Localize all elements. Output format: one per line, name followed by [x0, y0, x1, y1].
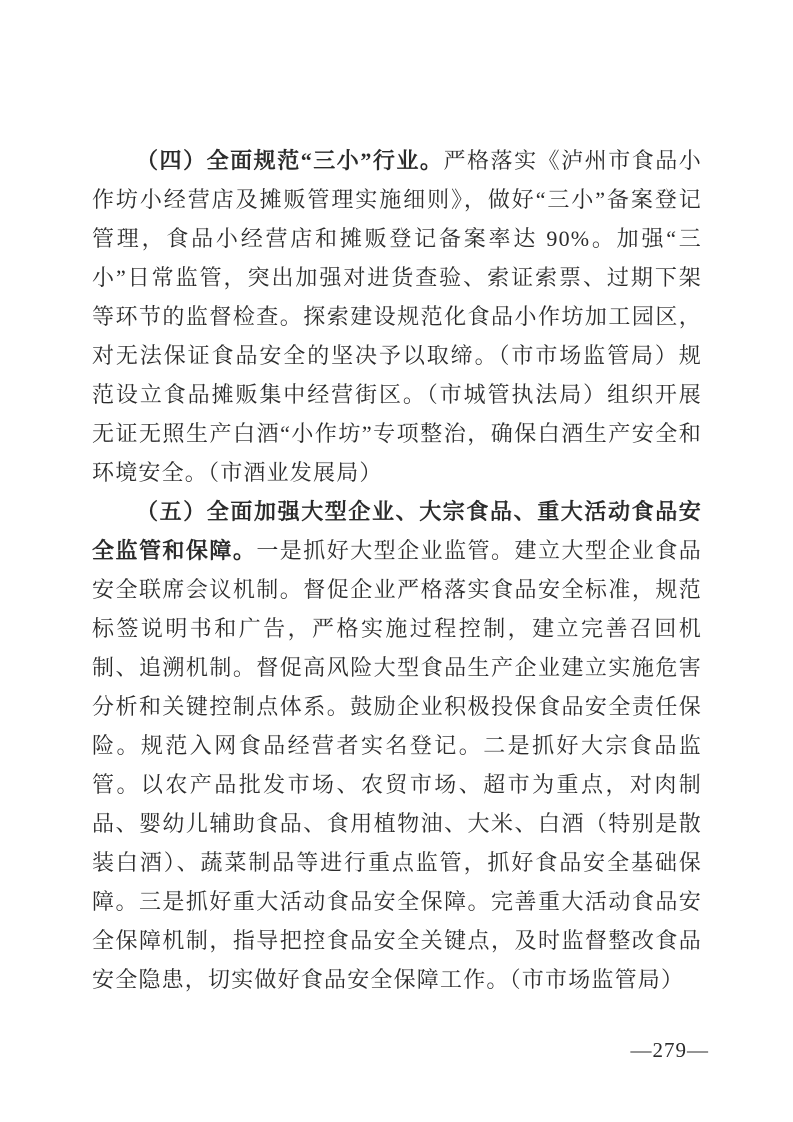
- paragraph-4-body: 严格落实《泸州市食品小作坊小经营店及摊贩管理实施细则》，做好“三小”备案登记管理…: [92, 148, 702, 485]
- paragraph-4-lead: （四）全面规范“三小”行业。: [136, 148, 443, 173]
- document-body: （四）全面规范“三小”行业。严格落实《泸州市食品小作坊小经营店及摊贩管理实施细则…: [92, 141, 702, 999]
- page-number: —279—: [631, 1038, 710, 1063]
- document-page: （四）全面规范“三小”行业。严格落实《泸州市食品小作坊小经营店及摊贩管理实施细则…: [0, 0, 793, 1122]
- paragraph-section-5: （五）全面加强大型企业、大宗食品、重大活动食品安全监管和保障。一是抓好大型企业监…: [92, 492, 702, 999]
- paragraph-5-body: 一是抓好大型企业监管。建立大型企业食品安全联席会议机制。督促企业严格落实食品安全…: [92, 538, 702, 992]
- paragraph-section-4: （四）全面规范“三小”行业。严格落实《泸州市食品小作坊小经营店及摊贩管理实施细则…: [92, 141, 702, 492]
